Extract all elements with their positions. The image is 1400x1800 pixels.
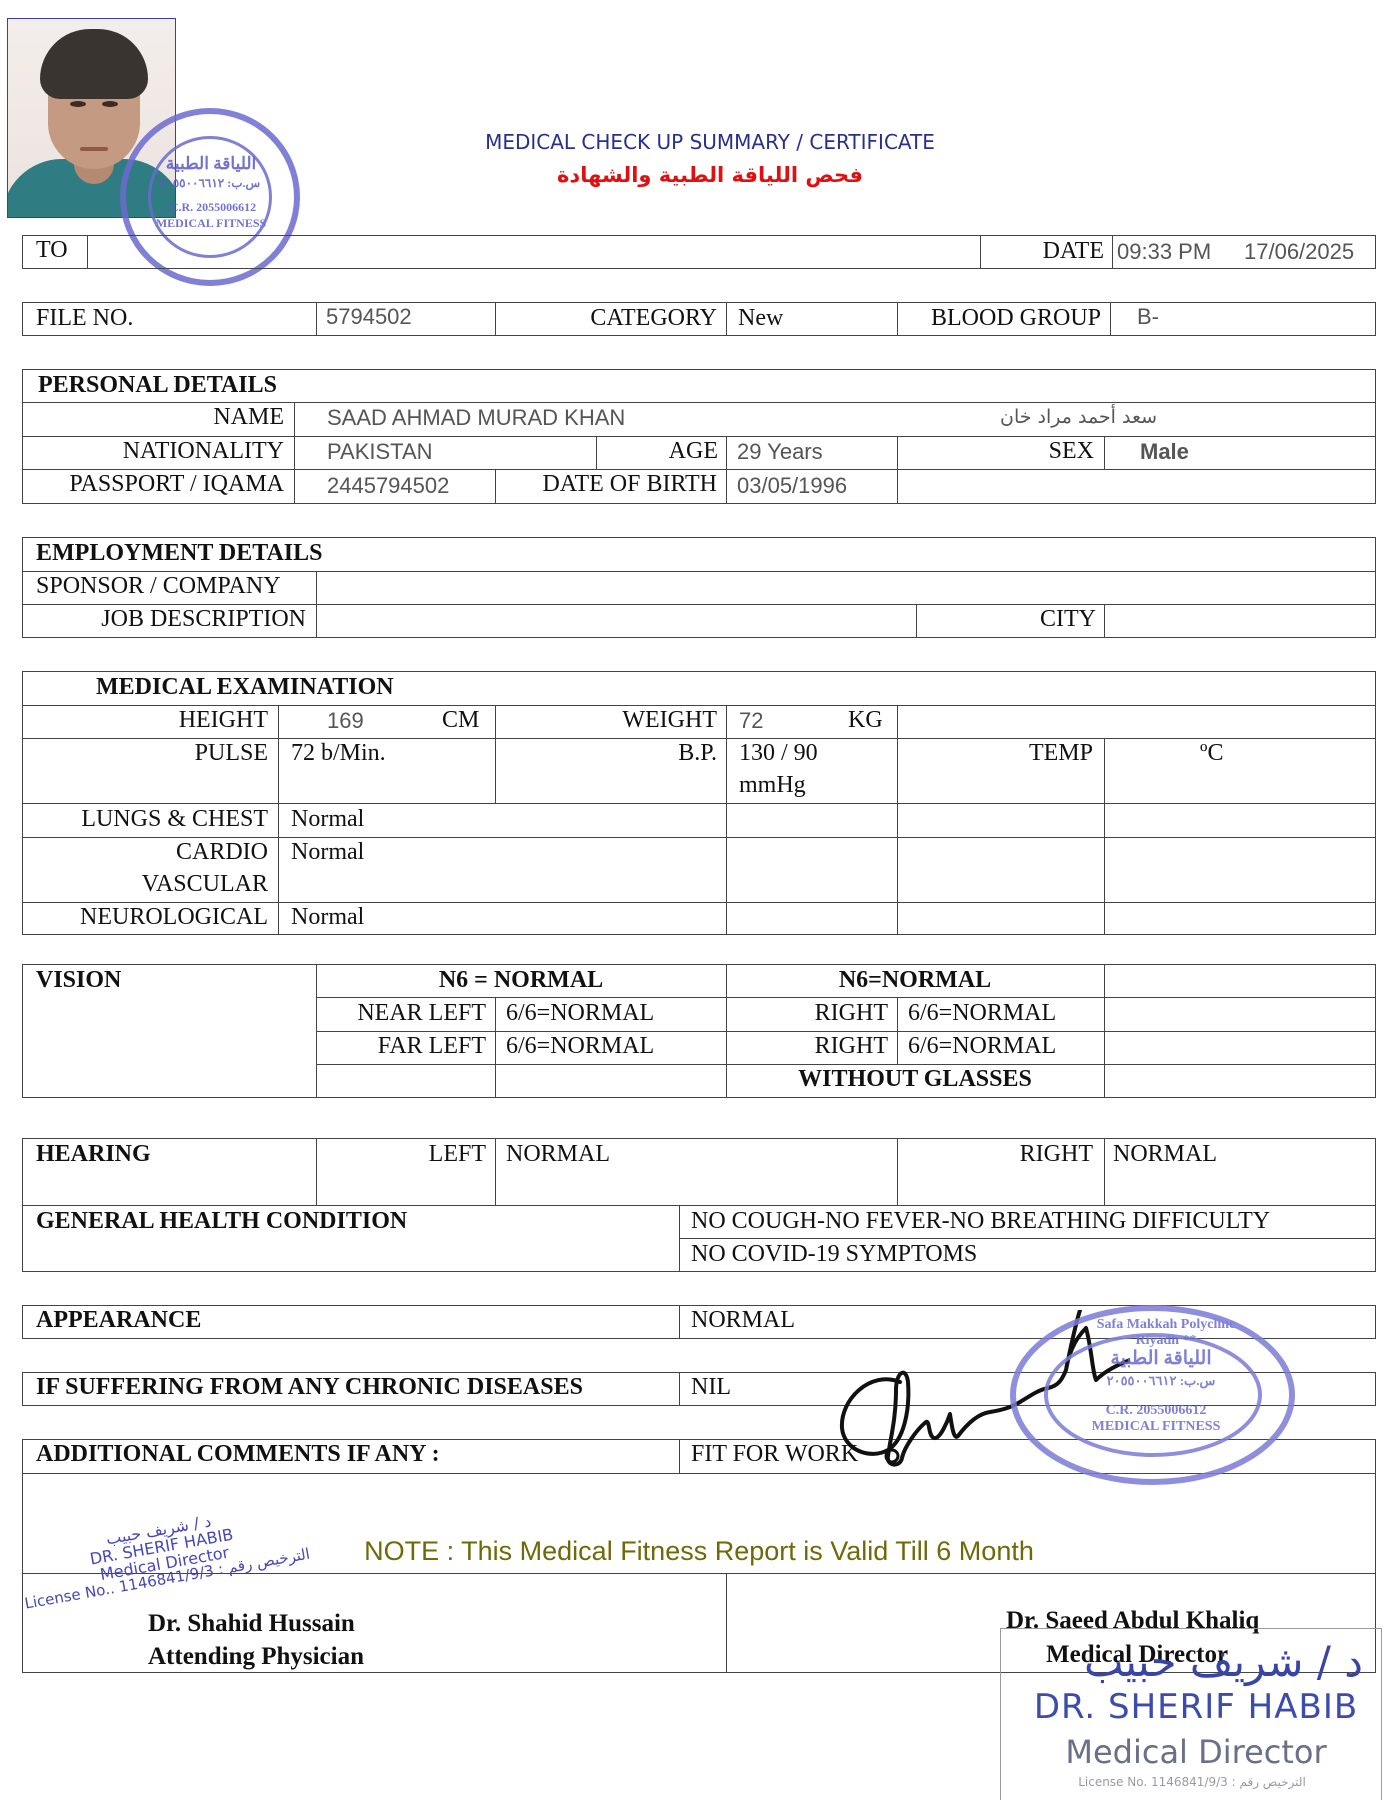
hearing-right-label: RIGHT [897, 1141, 1093, 1168]
name-arabic: سعد أحمد مراد خان [1000, 406, 1332, 428]
near-left-label: NEAR LEFT [316, 1000, 486, 1027]
date-value: 17/06/2025 [1244, 239, 1354, 265]
photo-eye [102, 101, 118, 107]
hearing-left-value: NORMAL [506, 1141, 610, 1168]
blood-group-value: B- [1137, 304, 1159, 330]
age-label: AGE [596, 438, 718, 465]
vision-right-header: N6=NORMAL [726, 967, 1104, 994]
vision-left-header: N6 = NORMAL [316, 967, 726, 994]
neuro-value: Normal [291, 904, 364, 931]
medical-examination-title: MEDICAL EXAMINATION [96, 674, 394, 701]
passport-label: PASSPORT / IQAMA [22, 471, 284, 498]
stamp-cr: C.R. 2055006612 [1056, 1403, 1256, 1419]
file-no-label: FILE NO. [36, 305, 133, 332]
blood-group-label: BLOOD GROUP [897, 305, 1101, 332]
director-rect-stamp: د / شريف حبيب DR. SHERIF HABIB Medical D… [1000, 1628, 1382, 1800]
general-health-line-2: NO COVID-19 SYMPTOMS [691, 1241, 977, 1268]
attending-physician-role: Attending Physician [148, 1643, 364, 1671]
near-left-value: 6/6=NORMAL [506, 1000, 654, 1027]
clinic-oval-stamp: Safa Makkah Polyclinc Riyadh ** اللياقة … [1010, 1305, 1295, 1485]
weight-unit: KG [848, 707, 883, 734]
sex-label: SEX [897, 438, 1094, 465]
far-left-label: FAR LEFT [316, 1033, 486, 1060]
rect-stamp-name-ar: د / شريف حبيب [1084, 1637, 1363, 1686]
cardio-value: Normal [291, 839, 364, 866]
neuro-label: NEUROLOGICAL [22, 904, 268, 931]
name-value: SAAD AHMAD MURAD KHAN [327, 405, 625, 431]
bp-value: 130 / 90 [739, 740, 818, 767]
vision-title: VISION [36, 967, 121, 994]
lungs-label: LUNGS & CHEST [22, 806, 268, 833]
age-value: 29 Years [737, 439, 823, 465]
hearing-title: HEARING [36, 1141, 151, 1168]
appearance-label: APPEARANCE [36, 1307, 201, 1334]
near-right-label: RIGHT [726, 1000, 888, 1027]
category-label: CATEGORY [495, 305, 717, 332]
document-title-arabic: فحص اللياقة الطبية والشهادة [0, 163, 1400, 187]
additional-comments-label: ADDITIONAL COMMENTS IF ANY : [36, 1441, 440, 1468]
far-left-value: 6/6=NORMAL [506, 1033, 654, 1060]
file-no-value: 5794502 [326, 304, 412, 330]
sponsor-label: SPONSOR / COMPANY [36, 573, 281, 600]
hearing-left-label: LEFT [316, 1141, 486, 1168]
height-value: 169 [327, 708, 364, 734]
temp-label: TEMP [897, 740, 1093, 767]
stamp-po-box: س.ب: ٢٠٥٥٠٠٦٦١٢ [1076, 1373, 1246, 1389]
stamp-label: MEDICAL FITNESS [136, 216, 286, 231]
bp-label: B.P. [495, 740, 717, 767]
passport-value: 2445794502 [327, 473, 449, 499]
temp-unit: ºC [1200, 740, 1223, 767]
stamp-cr: C.R. 2055006612 [148, 200, 278, 215]
without-glasses-note: WITHOUT GLASSES [726, 1066, 1104, 1093]
weight-label: WEIGHT [495, 707, 717, 734]
nationality-value: PAKISTAN [327, 439, 433, 465]
weight-value: 72 [739, 708, 763, 734]
job-description-label: JOB DESCRIPTION [22, 606, 306, 633]
stamp-title-ar: اللياقة الطبية [1076, 1347, 1246, 1370]
nationality-label: NATIONALITY [22, 438, 284, 465]
rect-stamp-role: Medical Director [1021, 1733, 1371, 1771]
stamp-arc-text: Safa Makkah Polyclinc Riyadh ** [1076, 1317, 1256, 1349]
attending-physician-name: Dr. Shahid Hussain [148, 1610, 355, 1638]
city-label: CITY [916, 606, 1096, 633]
lungs-value: Normal [291, 806, 364, 833]
sex-value: Male [1140, 439, 1189, 465]
chronic-diseases-label: IF SUFFERING FROM ANY CHRONIC DISEASES [36, 1374, 583, 1401]
general-health-label: GENERAL HEALTH CONDITION [36, 1208, 407, 1235]
to-label: TO [36, 237, 68, 264]
chronic-diseases-value: NIL [691, 1374, 731, 1401]
hearing-right-value: NORMAL [1113, 1141, 1217, 1168]
photo-eye [70, 101, 86, 107]
time-value: 09:33 PM [1117, 239, 1211, 265]
name-label: NAME [22, 404, 284, 431]
far-right-value: 6/6=NORMAL [908, 1033, 1056, 1060]
category-value: New [738, 305, 783, 332]
height-label: HEIGHT [22, 707, 268, 734]
appearance-value: NORMAL [691, 1307, 795, 1334]
date-label: DATE [980, 238, 1104, 265]
far-right-label: RIGHT [726, 1033, 888, 1060]
document-title: MEDICAL CHECK UP SUMMARY / CERTIFICATE [0, 130, 1400, 154]
near-right-value: 6/6=NORMAL [908, 1000, 1056, 1027]
pulse-value: 72 b/Min. [291, 740, 386, 767]
stamp-label: MEDICAL FITNESS [1056, 1419, 1256, 1435]
photo-hair [40, 29, 148, 99]
bp-unit: mmHg [739, 772, 806, 799]
rect-stamp-license: License No. 1146841/9/3 : الترخيص رقم [1009, 1775, 1375, 1789]
general-health-line-1: NO COUGH-NO FEVER-NO BREATHING DIFFICULT… [691, 1208, 1270, 1235]
dob-value: 03/05/1996 [737, 473, 847, 499]
dob-label: DATE OF BIRTH [495, 471, 717, 498]
pulse-label: PULSE [22, 740, 268, 767]
employment-details-title: EMPLOYMENT DETAILS [36, 540, 323, 567]
cardio-label-1: CARDIO [22, 839, 268, 866]
height-unit: CM [442, 707, 479, 734]
personal-details-title: PERSONAL DETAILS [38, 372, 277, 399]
cardio-label-2: VASCULAR [22, 871, 268, 898]
rect-stamp-name-en: DR. SHERIF HABIB [1021, 1687, 1371, 1727]
